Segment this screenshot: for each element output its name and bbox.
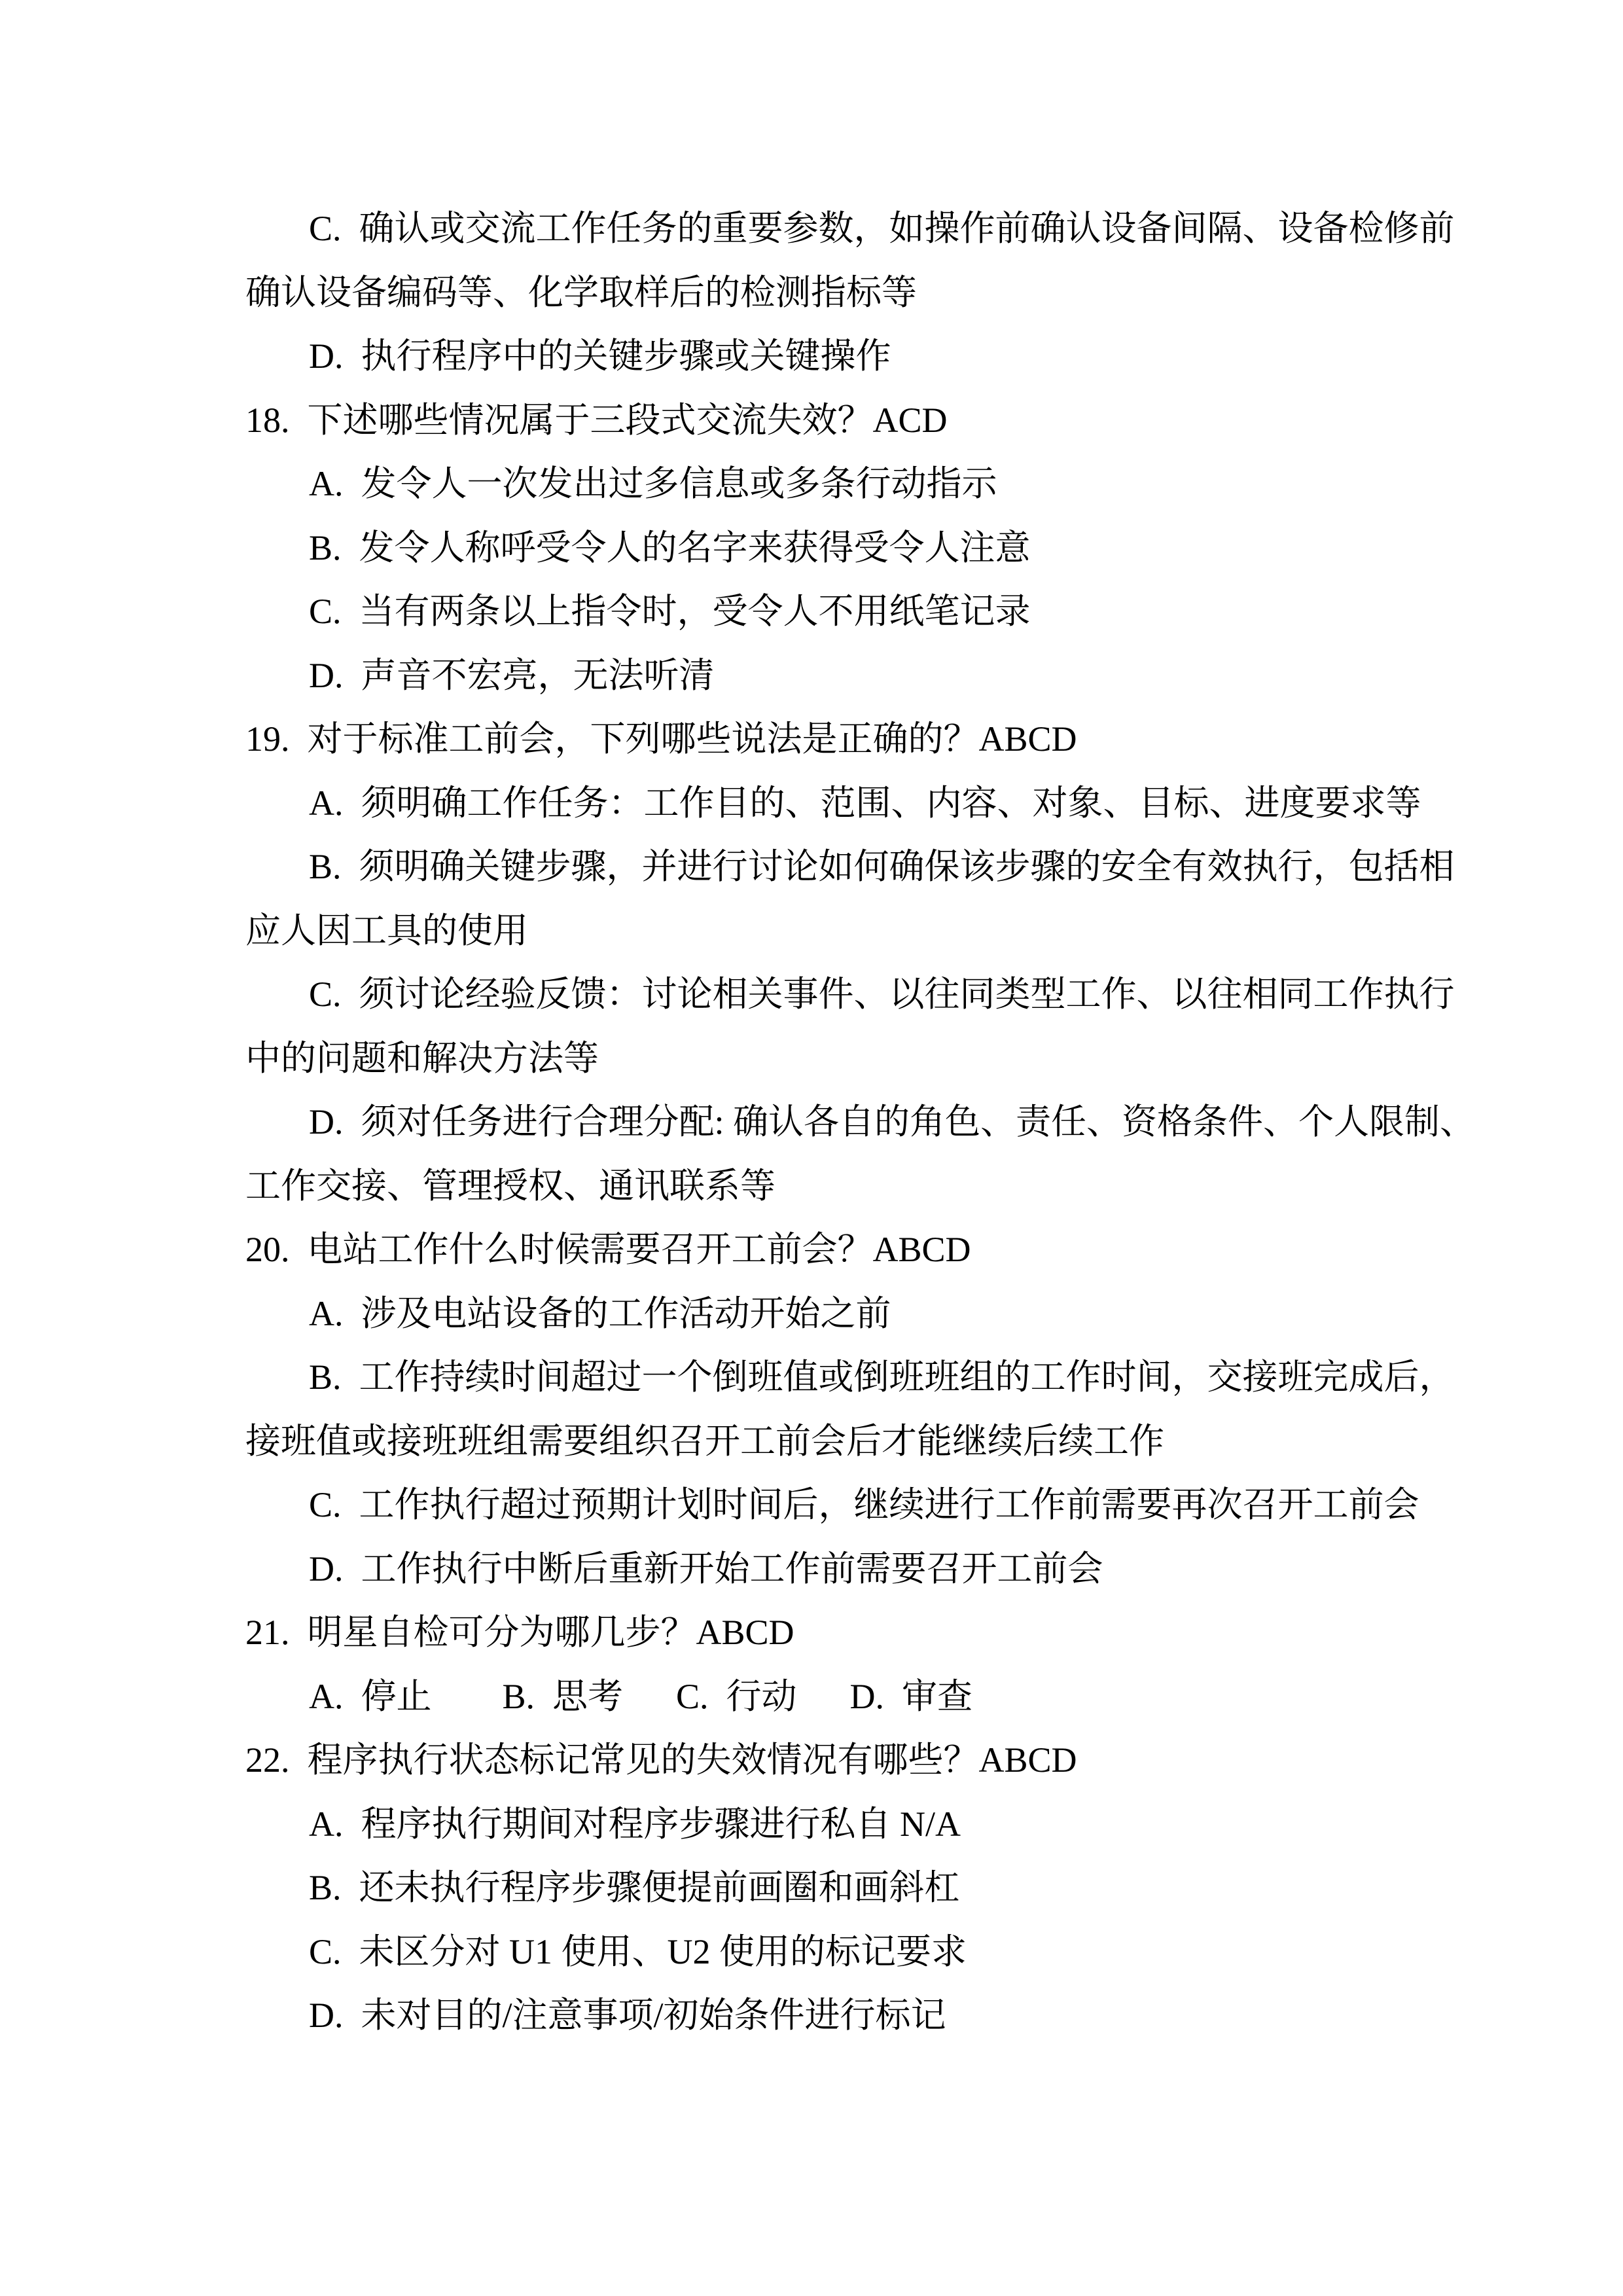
document-page: C. 确认或交流工作任务的重要参数，如操作前确认设备间隔、设备检修前确认设备编码…	[0, 0, 1623, 2296]
question-line: 21. 明星自检可分为哪几步？ABCD	[245, 1601, 1417, 1665]
option-line: B. 发令人称呼受令人的名字来获得受令人注意	[245, 516, 1417, 581]
question-line: 22. 程序执行状态标记常见的失效情况有哪些？ABCD	[245, 1729, 1417, 1793]
option-line: C. 工作执行超过预期计划时间后，继续进行工作前需要再次召开工前会	[245, 1473, 1417, 1537]
option-line: D. 工作执行中断后重新开始工作前需要召开工前会	[245, 1537, 1417, 1602]
continuation-line: 工作交接、管理授权、通讯联系等	[245, 1155, 1417, 1219]
option-line: A. 发令人一次发出过多信息或多条行动指示	[245, 452, 1417, 516]
option-line: B. 工作持续时间超过一个倒班值或倒班班组的工作时间，交接班完成后，	[245, 1346, 1417, 1410]
option-line: A. 涉及电站设备的工作活动开始之前	[245, 1282, 1417, 1346]
continuation-line: 确认设备编码等、化学取样后的检测指标等	[245, 261, 1417, 325]
option-line: B. 还未执行程序步骤便提前画圈和画斜杠	[245, 1856, 1417, 1920]
option-line: C. 确认或交流工作任务的重要参数，如操作前确认设备间隔、设备检修前	[245, 197, 1417, 261]
continuation-line: 应人因工具的使用	[245, 899, 1417, 963]
option-line: D. 未对目的/注意事项/初始条件进行标记	[245, 1984, 1417, 2048]
option-line: A. 停止 B. 思考 C. 行动 D. 审查	[245, 1665, 1417, 1729]
option-line: D. 须对任务进行合理分配: 确认各自的角色、责任、资格条件、个人限制、	[245, 1090, 1417, 1155]
option-line: A. 程序执行期间对程序步骤进行私自 N/A	[245, 1793, 1417, 1857]
option-line: B. 须明确关键步骤，并进行讨论如何确保该步骤的安全有效执行，包括相	[245, 835, 1417, 899]
option-line: A. 须明确工作任务：工作目的、范围、内容、对象、目标、进度要求等	[245, 772, 1417, 836]
option-line: C. 当有两条以上指令时，受令人不用纸笔记录	[245, 580, 1417, 644]
question-line: 19. 对于标准工前会，下列哪些说法是正确的？ABCD	[245, 708, 1417, 772]
question-line: 20. 电站工作什么时候需要召开工前会？ABCD	[245, 1218, 1417, 1282]
option-line: C. 须讨论经验反馈：讨论相关事件、以往同类型工作、以往相同工作执行	[245, 963, 1417, 1027]
continuation-line: 中的问题和解决方法等	[245, 1027, 1417, 1091]
option-line: D. 执行程序中的关键步骤或关键操作	[245, 325, 1417, 389]
option-line: C. 未区分对 U1 使用、U2 使用的标记要求	[245, 1920, 1417, 1984]
question-line: 18. 下述哪些情况属于三段式交流失效？ACD	[245, 389, 1417, 453]
document-body: C. 确认或交流工作任务的重要参数，如操作前确认设备间隔、设备检修前确认设备编码…	[245, 197, 1417, 2048]
option-line: D. 声音不宏亮，无法听清	[245, 644, 1417, 708]
continuation-line: 接班值或接班班组需要组织召开工前会后才能继续后续工作	[245, 1410, 1417, 1474]
